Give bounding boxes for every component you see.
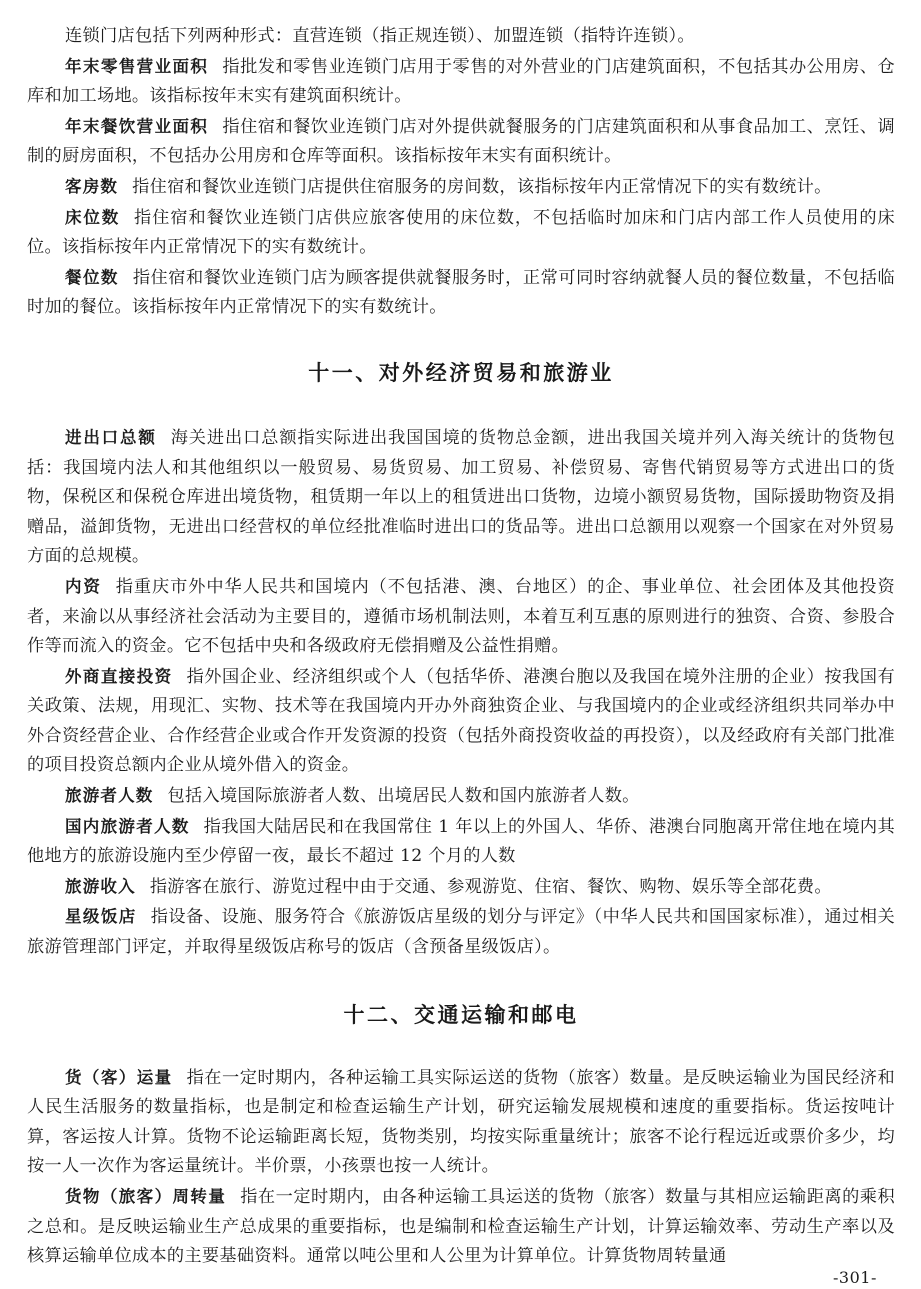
definition-term: 货（客）运量 (65, 1068, 173, 1087)
definition-text: 指住宿和餐饮业连锁门店供应旅客使用的床位数，不包括临时加床和门店内部工作人员使用… (27, 208, 895, 258)
definition-term: 年末餐饮营业面积 (65, 117, 208, 136)
definition-paragraph: 旅游收入指游客在旅行、游览过程中由于交通、参观游览、住宿、餐饮、购物、娱乐等全部… (27, 872, 895, 903)
definition-paragraph: 内资指重庆市外中华人民共和国境内（不包括港、澳、台地区）的企、事业单位、社会团体… (27, 572, 895, 662)
definition-term: 货物（旅客）周转量 (65, 1187, 226, 1206)
page-number: -301- (833, 1268, 877, 1287)
section-title-transport-post: 十二、交通运输和邮电 (27, 999, 895, 1029)
definition-text: 包括入境国际旅游者人数、出境居民人数和国内旅游者人数。 (168, 786, 640, 806)
definition-text: 指重庆市外中华人民共和国境内（不包括港、澳、台地区）的企、事业单位、社会团体及其… (27, 577, 895, 656)
definition-paragraph: 床位数指住宿和餐饮业连锁门店供应旅客使用的床位数，不包括临时加床和门店内部工作人… (27, 203, 895, 263)
section-title-foreign-trade-tourism: 十一、对外经济贸易和旅游业 (27, 357, 895, 387)
definition-term: 内资 (65, 577, 102, 596)
definition-term: 国内旅游者人数 (65, 817, 190, 836)
definition-text: 指游客在旅行、游览过程中由于交通、参观游览、住宿、餐饮、购物、娱乐等全部花费。 (150, 877, 832, 897)
definition-text: 指设备、设施、服务符合《旅游饭店星级的划分与评定》（中华人民共和国国家标准），通… (27, 907, 895, 957)
definition-paragraph: 星级饭店指设备、设施、服务符合《旅游饭店星级的划分与评定》（中华人民共和国国家标… (27, 902, 895, 962)
definition-term: 旅游者人数 (65, 786, 154, 805)
definition-paragraph: 旅游者人数包括入境国际旅游者人数、出境居民人数和国内旅游者人数。 (27, 781, 895, 812)
definition-text: 指住宿和餐饮业连锁门店提供住宿服务的房间数，该指标按年内正常情况下的实有数统计。 (132, 177, 832, 197)
definition-text: 指住宿和餐饮业连锁门店为顾客提供就餐服务时，正常可同时容纳就餐人员的餐位数量，不… (27, 268, 895, 318)
definition-term: 年末零售营业面积 (65, 57, 208, 76)
definition-term: 床位数 (65, 208, 120, 227)
definition-paragraph: 货（客）运量指在一定时期内，各种运输工具实际运送的货物（旅客）数量。是反映运输业… (27, 1063, 895, 1182)
definition-text: 海关进出口总额指实际进出我国国境的货物总金额，进出我国关境并列入海关统计的货物包… (27, 428, 895, 566)
definition-paragraph: 国内旅游者人数指我国大陆居民和在我国常住 1 年以上的外国人、华侨、港澳台同胞离… (27, 812, 895, 872)
definition-term: 进出口总额 (65, 428, 157, 447)
definition-paragraph: 年末零售营业面积指批发和零售业连锁门店用于零售的对外营业的门店建筑面积，不包括其… (27, 52, 895, 112)
definition-paragraph: 客房数指住宿和餐饮业连锁门店提供住宿服务的房间数，该指标按年内正常情况下的实有数… (27, 172, 895, 203)
document-page: 连锁门店包括下列两种形式：直营连锁（指正规连锁）、加盟连锁（指特许连锁）。 年末… (27, 22, 895, 1272)
definition-paragraph: 进出口总额海关进出口总额指实际进出我国国境的货物总金额，进出我国关境并列入海关统… (27, 423, 895, 572)
definition-term: 旅游收入 (65, 877, 136, 896)
definition-term: 餐位数 (65, 268, 119, 287)
definition-paragraph: 餐位数指住宿和餐饮业连锁门店为顾客提供就餐服务时，正常可同时容纳就餐人员的餐位数… (27, 263, 895, 323)
definition-paragraph: 货物（旅客）周转量指在一定时期内，由各种运输工具运送的货物（旅客）数量与其相应运… (27, 1182, 895, 1272)
intro-paragraph: 连锁门店包括下列两种形式：直营连锁（指正规连锁）、加盟连锁（指特许连锁）。 (27, 22, 895, 52)
definition-term: 客房数 (65, 177, 118, 196)
definition-term: 星级饭店 (65, 907, 137, 926)
definition-paragraph: 外商直接投资指外国企业、经济组织或个人（包括华侨、港澳台胞以及我国在境外注册的企… (27, 662, 895, 781)
definition-term: 外商直接投资 (65, 667, 173, 686)
definition-paragraph: 年末餐饮营业面积指住宿和餐饮业连锁门店对外提供就餐服务的门店建筑面积和从事食品加… (27, 112, 895, 172)
intro-text: 连锁门店包括下列两种形式：直营连锁（指正规连锁）、加盟连锁（指特许连锁）。 (65, 26, 695, 46)
